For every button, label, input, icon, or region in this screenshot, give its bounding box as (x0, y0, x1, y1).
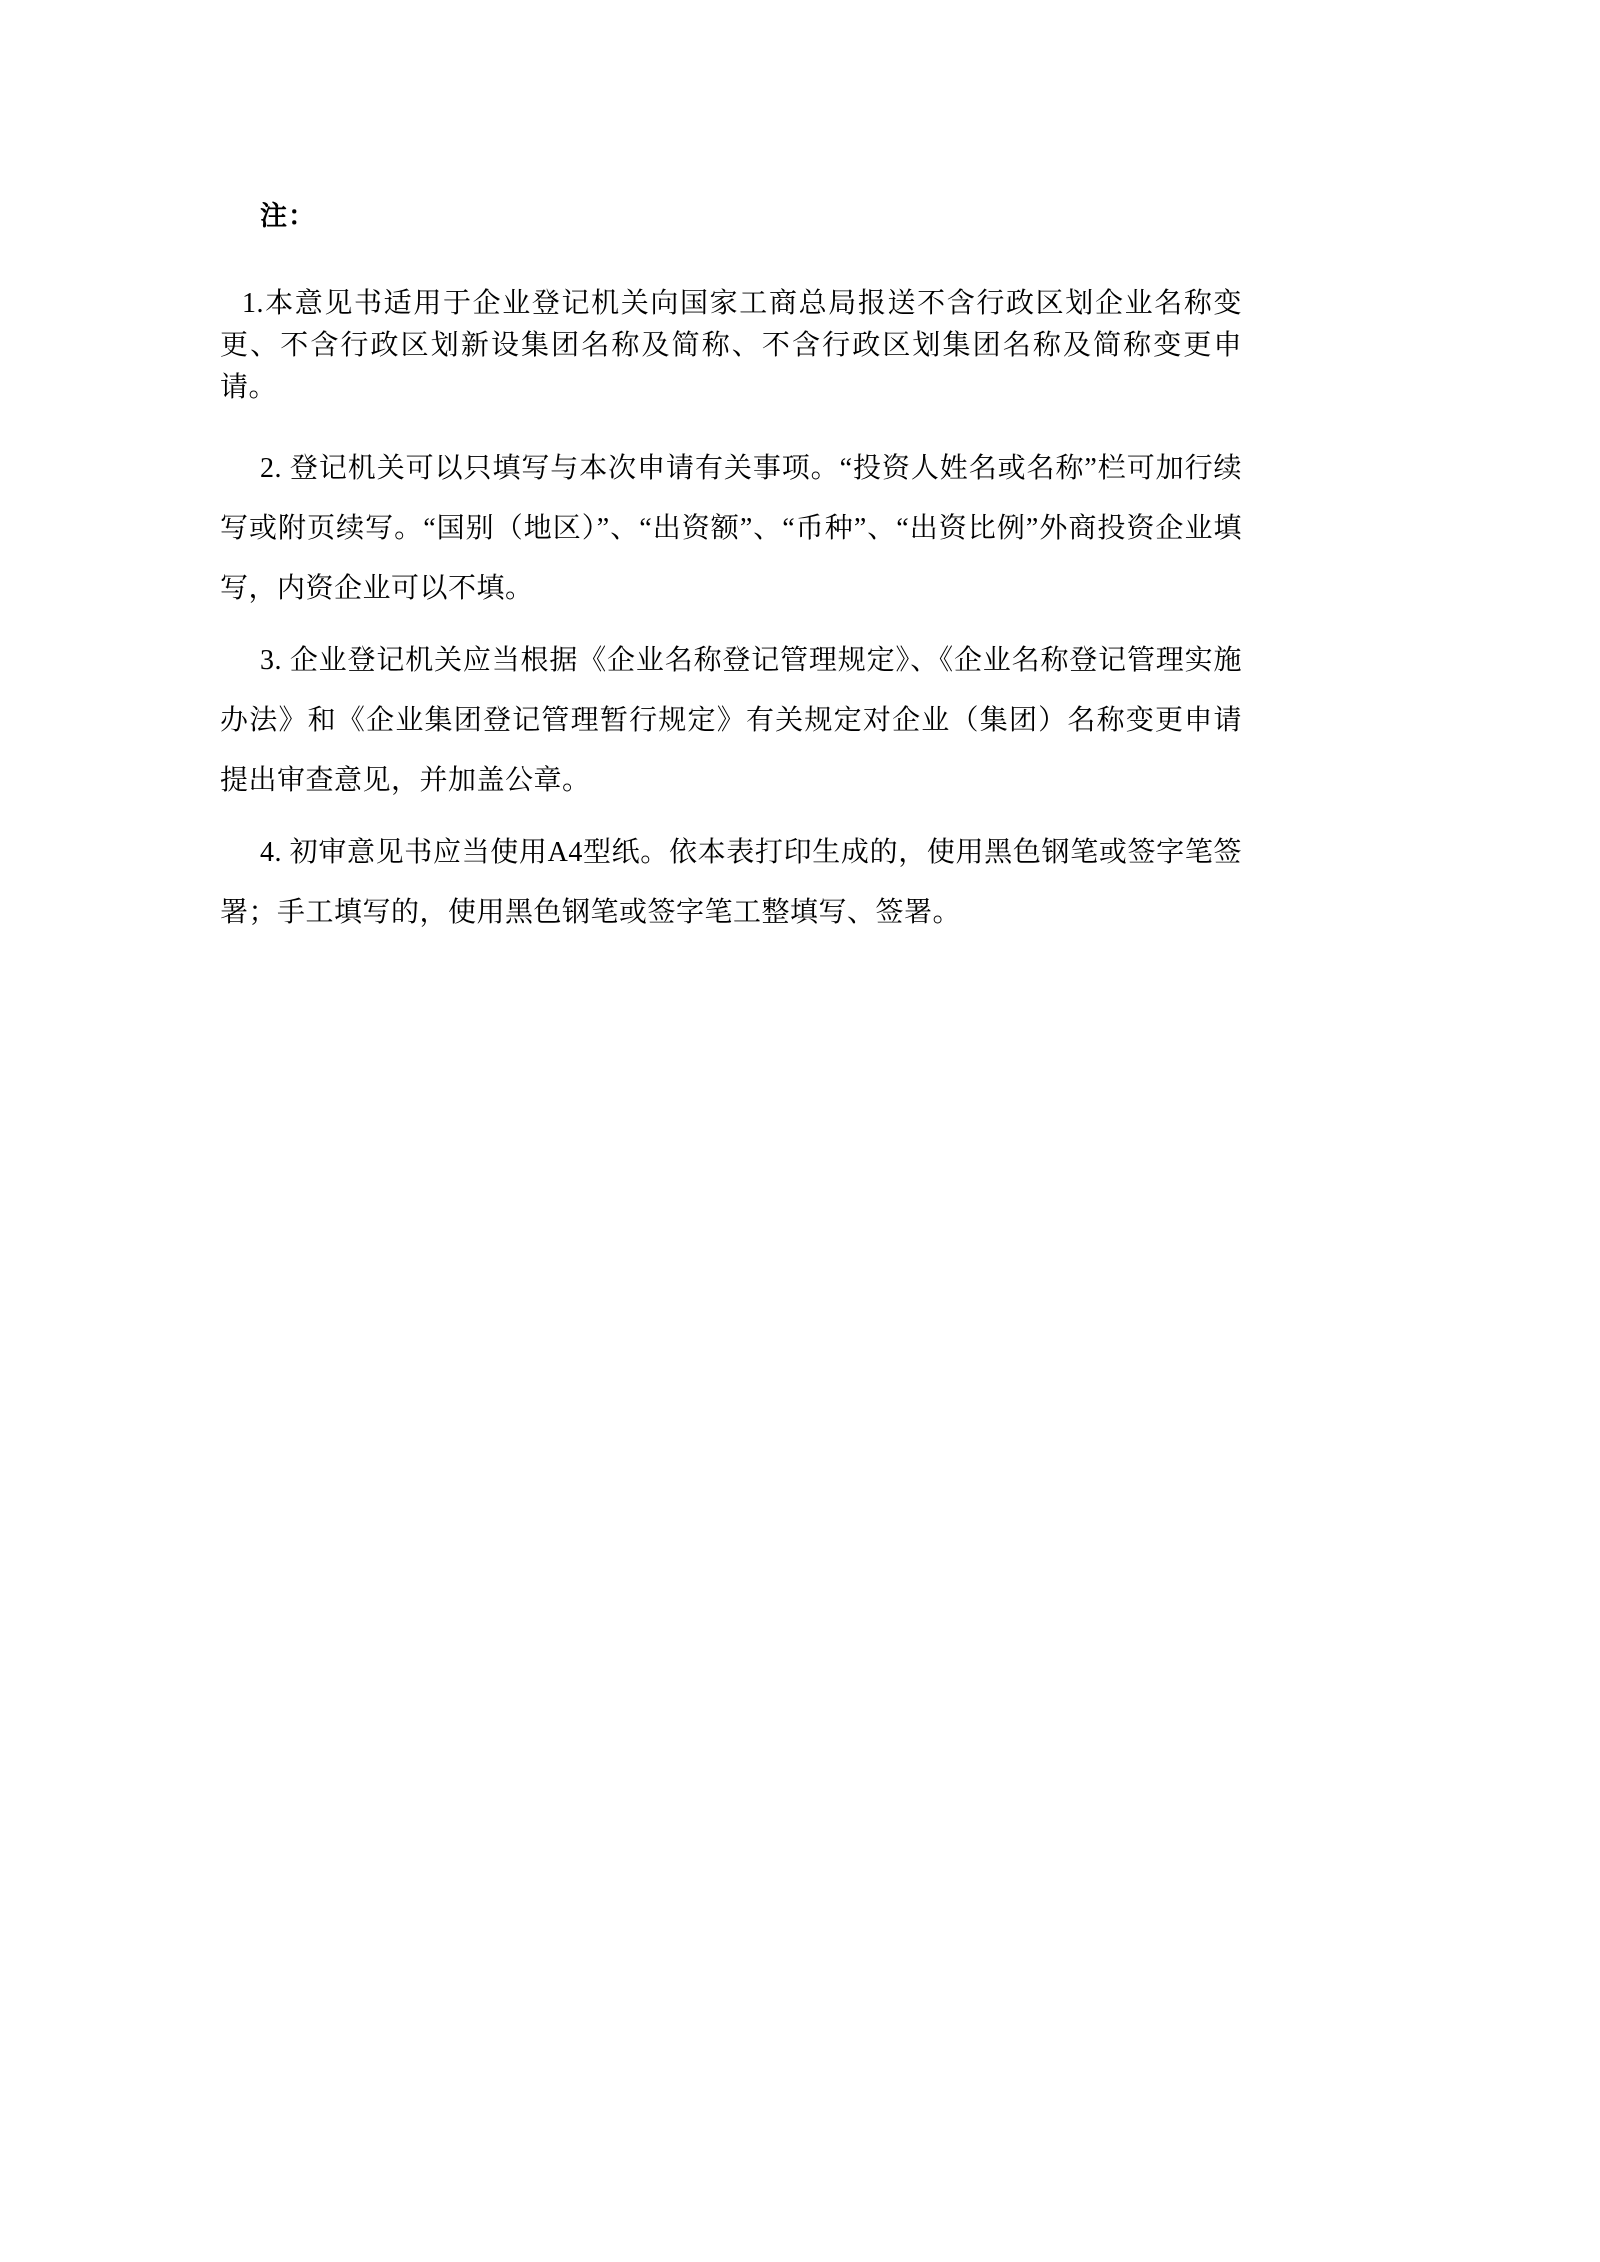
note-paragraph-2: 2. 登记机关可以只填写与本次申请有关事项。“投资人姓名或名称”栏可加行续写或附… (220, 439, 1242, 619)
note-paragraph-1: 1.本意见书适用于企业登记机关向国家工商总局报送不含行政区划企业名称变更、不含行… (220, 283, 1242, 409)
note-paragraph-4: 4. 初审意见书应当使用A4型纸。依本表打印生成的，使用黑色钢笔或签字笔签署；手… (220, 823, 1242, 943)
document-page: 注： 1.本意见书适用于企业登记机关向国家工商总局报送不含行政区划企业名称变更、… (0, 0, 1600, 2262)
notes-heading: 注： (260, 197, 1242, 235)
note-paragraph-3: 3. 企业登记机关应当根据《企业名称登记管理规定》、《企业名称登记管理实施办法》… (220, 631, 1242, 811)
